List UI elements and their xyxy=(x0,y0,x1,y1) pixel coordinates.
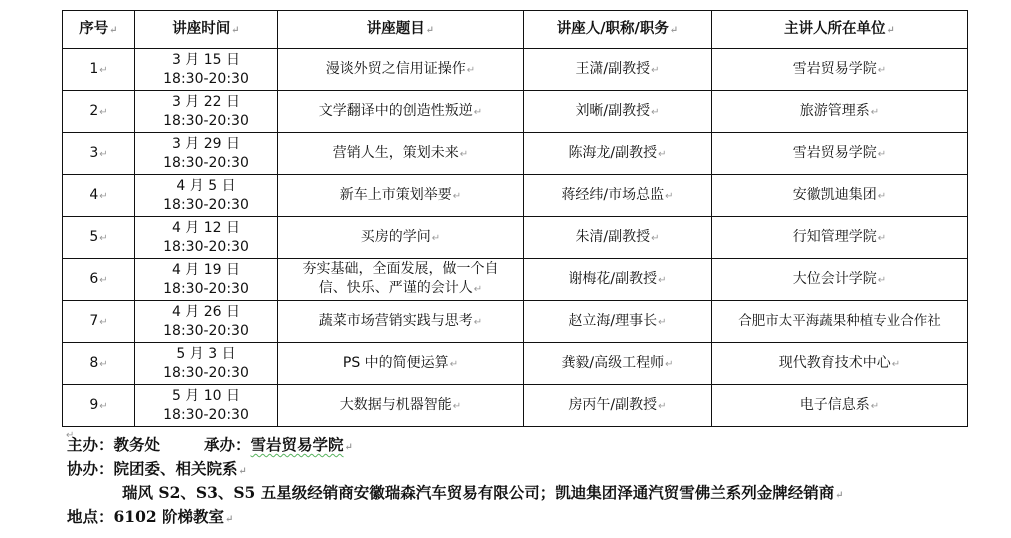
table-row: 2↵ 3 月 22 日18:30-20:30 文学翻译中的创造性叛逆↵ 刘晰/副… xyxy=(63,91,968,133)
cell-unit: 安徽凯迪集团↵ xyxy=(712,175,968,217)
cell-title: 营销人生，策划未来↵ xyxy=(278,133,524,175)
header-unit: 主讲人所在单位↵ xyxy=(712,11,968,49)
sponsor-line: 瑞风 S2、S3、S5 五星级经销商安徽瑞森汽车贸易有限公司；凯迪集团泽通汽贸雪… xyxy=(67,482,844,506)
cell-speaker: 陈海龙/副教授↵ xyxy=(524,133,712,175)
co-organizer-value: 院团委、相关院系 xyxy=(114,459,238,478)
co-organizer-label: 协办： xyxy=(67,459,114,478)
cell-time: 5 月 3 日18:30-20:30 xyxy=(135,343,278,385)
host-value: 教务处 xyxy=(114,435,161,454)
organizer-value: 雪岩贸易学院 xyxy=(251,435,344,454)
cell-time: 4 月 26 日18:30-20:30 xyxy=(135,301,278,343)
table-row: 4↵ 4 月 5 日18:30-20:30 新车上市策划举要↵ 蒋经纬/市场总监… xyxy=(63,175,968,217)
cell-title: PS 中的简便运算↵ xyxy=(278,343,524,385)
cell-title: 买房的学问↵ xyxy=(278,217,524,259)
table-row: 6↵ 4 月 19 日18:30-20:30 夯实基础，全面发展，做一个自信、快… xyxy=(63,259,968,301)
cell-time: 4 月 19 日18:30-20:30 xyxy=(135,259,278,301)
cell-speaker: 赵立海/理事长↵ xyxy=(524,301,712,343)
header-time: 讲座时间↵ xyxy=(135,11,278,49)
lecture-schedule-table: 序号↵ 讲座时间↵ 讲座题目↵ 讲座人/职称/职务↵ 主讲人所在单位↵ 1↵ 3… xyxy=(62,10,968,427)
header-speaker: 讲座人/职称/职务↵ xyxy=(524,11,712,49)
cell-speaker: 谢梅花/副教授↵ xyxy=(524,259,712,301)
cell-number: 4↵ xyxy=(63,175,135,217)
table-row: 3↵ 3 月 29 日18:30-20:30 营销人生，策划未来↵ 陈海龙/副教… xyxy=(63,133,968,175)
cell-title: 夯实基础，全面发展，做一个自信、快乐、严谨的会计人↵ xyxy=(278,259,524,301)
table-row: 8↵ 5 月 3 日18:30-20:30 PS 中的简便运算↵ 龚毅/高级工程… xyxy=(63,343,968,385)
cell-unit: 雪岩贸易学院↵ xyxy=(712,49,968,91)
cell-speaker: 王潇/副教授↵ xyxy=(524,49,712,91)
cell-unit: 电子信息系↵ xyxy=(712,385,968,427)
cell-unit: 大位会计学院↵ xyxy=(712,259,968,301)
cell-number: 2↵ xyxy=(63,91,135,133)
cell-number: 8↵ xyxy=(63,343,135,385)
cell-time: 5 月 10 日18:30-20:30 xyxy=(135,385,278,427)
table-row: 7↵ 4 月 26 日18:30-20:30 蔬菜市场营销实践与思考↵ 赵立海/… xyxy=(63,301,968,343)
cell-title: 新车上市策划举要↵ xyxy=(278,175,524,217)
cell-title: 蔬菜市场营销实践与思考↵ xyxy=(278,301,524,343)
cell-number: 6↵ xyxy=(63,259,135,301)
table-header-row: 序号↵ 讲座时间↵ 讲座题目↵ 讲座人/职称/职务↵ 主讲人所在单位↵ xyxy=(63,11,968,49)
sponsor-value: 瑞风 S2、S3、S5 五星级经销商安徽瑞森汽车贸易有限公司；凯迪集团泽通汽贸雪… xyxy=(122,483,834,502)
cell-speaker: 朱清/副教授↵ xyxy=(524,217,712,259)
event-footer: 主办：教务处承办：雪岩贸易学院↵ 协办：院团委、相关院系↵ 瑞风 S2、S3、S… xyxy=(67,434,844,530)
cell-time: 3 月 29 日18:30-20:30 xyxy=(135,133,278,175)
cell-number: 5↵ xyxy=(63,217,135,259)
cell-number: 3↵ xyxy=(63,133,135,175)
table-row: 9↵ 5 月 10 日18:30-20:30 大数据与机器智能↵ 房丙午/副教授… xyxy=(63,385,968,427)
cell-speaker: 蒋经纬/市场总监↵ xyxy=(524,175,712,217)
host-line: 主办：教务处承办：雪岩贸易学院↵ xyxy=(67,434,844,458)
venue-value: 6102 阶梯教室 xyxy=(114,507,225,526)
cell-unit: 雪岩贸易学院↵ xyxy=(712,133,968,175)
cell-number: 9↵ xyxy=(63,385,135,427)
cell-number: 7↵ xyxy=(63,301,135,343)
cell-title: 漫谈外贸之信用证操作↵ xyxy=(278,49,524,91)
cell-speaker: 房丙午/副教授↵ xyxy=(524,385,712,427)
table-row: 1↵ 3 月 15 日18:30-20:30 漫谈外贸之信用证操作↵ 王潇/副教… xyxy=(63,49,968,91)
venue-line: 地点：6102 阶梯教室↵ xyxy=(67,506,844,530)
host-label: 主办： xyxy=(67,435,114,454)
header-number: 序号↵ xyxy=(63,11,135,49)
cell-title: 文学翻译中的创造性叛逆↵ xyxy=(278,91,524,133)
cell-unit: 旅游管理系↵ xyxy=(712,91,968,133)
cell-time: 4 月 5 日18:30-20:30 xyxy=(135,175,278,217)
cell-unit: 合肥市太平海蔬果种植专业合作社 xyxy=(712,301,968,343)
cell-time: 3 月 22 日18:30-20:30 xyxy=(135,91,278,133)
cell-time: 4 月 12 日18:30-20:30 xyxy=(135,217,278,259)
cell-speaker: 龚毅/高级工程师↵ xyxy=(524,343,712,385)
header-title: 讲座题目↵ xyxy=(278,11,524,49)
cell-unit: 行知管理学院↵ xyxy=(712,217,968,259)
cell-unit: 现代教育技术中心↵ xyxy=(712,343,968,385)
cell-time: 3 月 15 日18:30-20:30 xyxy=(135,49,278,91)
venue-label: 地点： xyxy=(67,507,114,526)
cell-number: 1↵ xyxy=(63,49,135,91)
co-organizer-line: 协办：院团委、相关院系↵ xyxy=(67,458,844,482)
organizer-label: 承办： xyxy=(204,435,251,454)
table-row: 5↵ 4 月 12 日18:30-20:30 买房的学问↵ 朱清/副教授↵ 行知… xyxy=(63,217,968,259)
cell-title: 大数据与机器智能↵ xyxy=(278,385,524,427)
cell-speaker: 刘晰/副教授↵ xyxy=(524,91,712,133)
